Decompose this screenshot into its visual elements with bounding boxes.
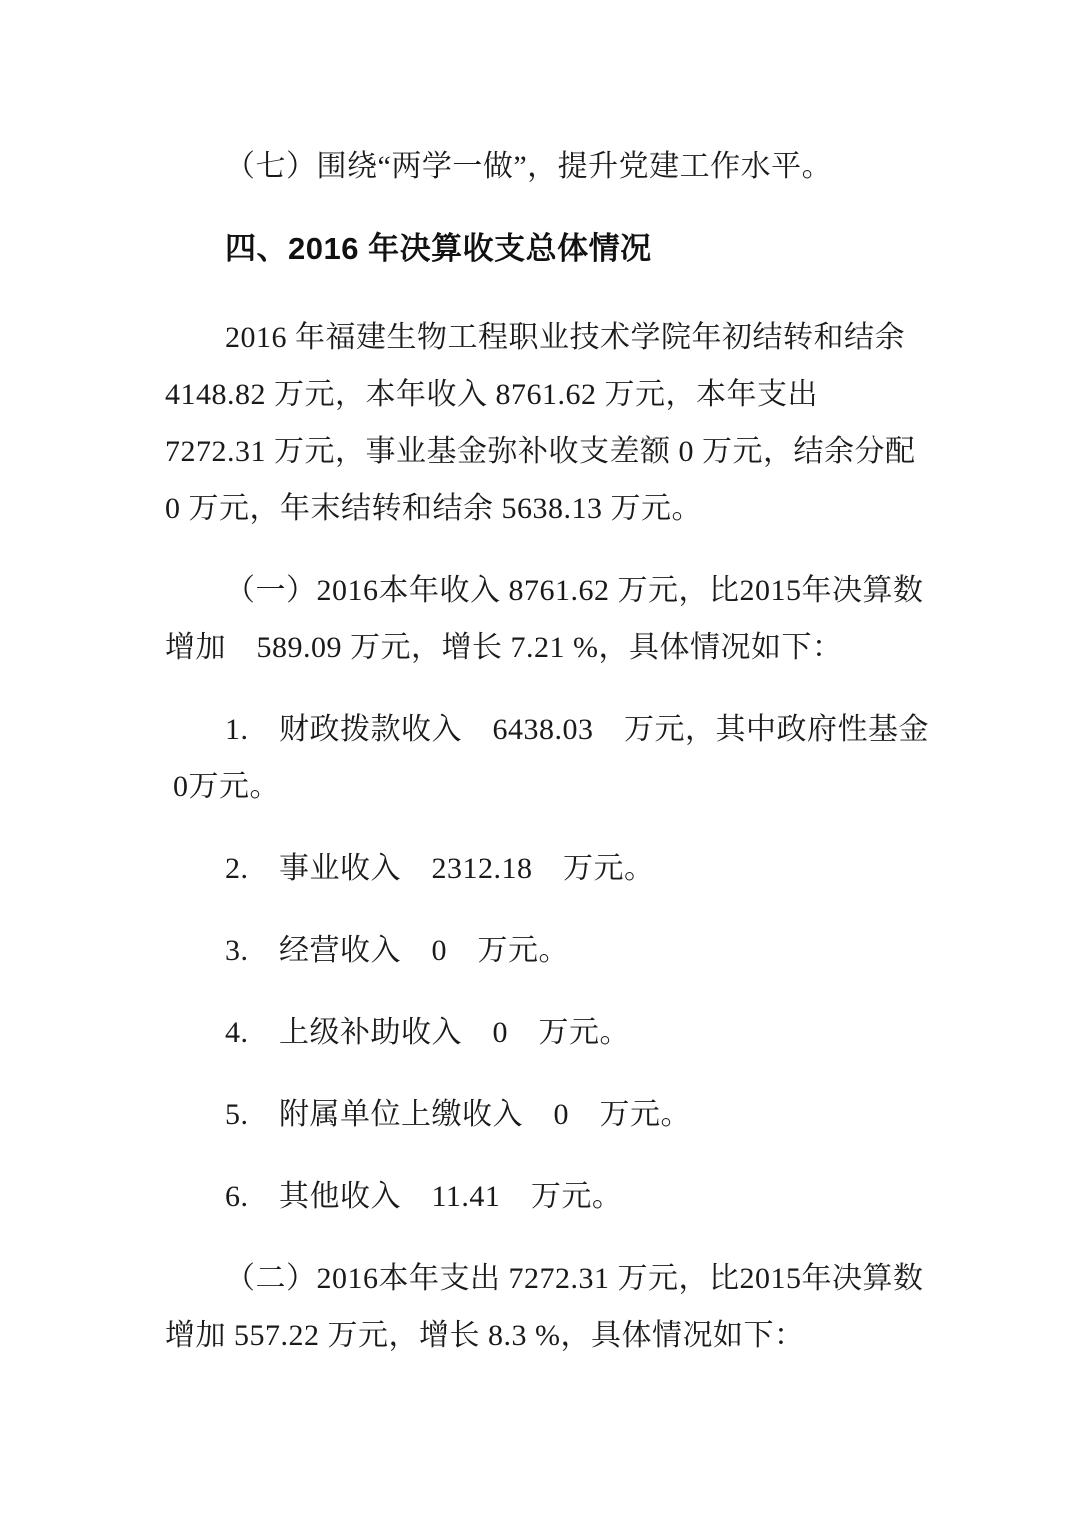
- list-item-2-institutional-income: 2. 事业收入 2312.18 万元。: [165, 840, 930, 897]
- heading-line: 四、2016 年决算收支总体情况: [165, 220, 930, 277]
- paragraph-income-summary: （一）2016本年收入 8761.62 万元，比2015年决算数 增加 589.…: [165, 562, 930, 676]
- list-item-4-superior-subsidy-income: 4. 上级补助收入 0 万元。: [165, 1004, 930, 1061]
- paragraph-line: 6. 其他收入 11.41 万元。: [165, 1168, 930, 1225]
- list-item-5-affiliated-unit-income: 5. 附属单位上缴收入 0 万元。: [165, 1086, 930, 1143]
- paragraph-line: 增加 589.09 万元，增长 7.21 %，具体情况如下：: [165, 619, 930, 676]
- paragraph-item-seven: （七）围绕“两学一做”，提升党建工作水平。: [165, 138, 930, 195]
- paragraph-line: 0 万元，年末结转和结余 5638.13 万元。: [165, 480, 930, 537]
- paragraph-line: 0万元。: [165, 758, 930, 815]
- paragraph-line: （二）2016本年支出 7272.31 万元，比2015年决算数: [165, 1250, 930, 1307]
- document-page: （七）围绕“两学一做”，提升党建工作水平。 四、2016 年决算收支总体情况 2…: [0, 0, 1085, 1536]
- paragraph-line: 7272.31 万元，事业基金弥补收支差额 0 万元，结余分配: [165, 423, 930, 480]
- paragraph-line: 5. 附属单位上缴收入 0 万元。: [165, 1086, 930, 1143]
- list-item-6-other-income: 6. 其他收入 11.41 万元。: [165, 1168, 930, 1225]
- paragraph-line: 4. 上级补助收入 0 万元。: [165, 1004, 930, 1061]
- paragraph-line: 2. 事业收入 2312.18 万元。: [165, 840, 930, 897]
- paragraph-line: 1. 财政拨款收入 6438.03 万元，其中政府性基金: [165, 701, 930, 758]
- paragraph-line: 增加 557.22 万元，增长 8.3 %，具体情况如下：: [165, 1307, 930, 1364]
- paragraph-line: （七）围绕“两学一做”，提升党建工作水平。: [165, 138, 930, 195]
- list-item-3-operating-income: 3. 经营收入 0 万元。: [165, 922, 930, 979]
- list-item-1-fiscal-appropriation: 1. 财政拨款收入 6438.03 万元，其中政府性基金 0万元。: [165, 701, 930, 815]
- paragraph-expenditure-summary: （二）2016本年支出 7272.31 万元，比2015年决算数 增加 557.…: [165, 1250, 930, 1364]
- paragraph-line: 2016 年福建生物工程职业技术学院年初结转和结余: [165, 309, 930, 366]
- section-heading: 四、2016 年决算收支总体情况: [165, 220, 930, 277]
- paragraph-line: 3. 经营收入 0 万元。: [165, 922, 930, 979]
- paragraph-line: 4148.82 万元，本年收入 8761.62 万元，本年支出: [165, 366, 930, 423]
- paragraph-line: （一）2016本年收入 8761.62 万元，比2015年决算数: [165, 562, 930, 619]
- paragraph-overview: 2016 年福建生物工程职业技术学院年初结转和结余 4148.82 万元，本年收…: [165, 309, 930, 537]
